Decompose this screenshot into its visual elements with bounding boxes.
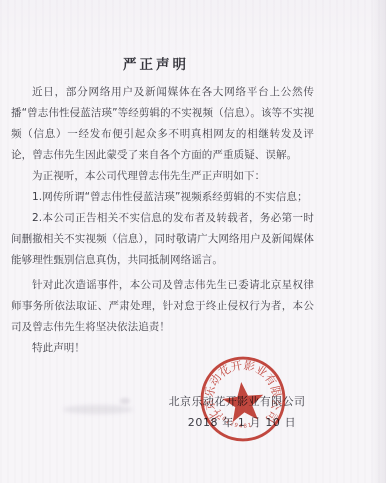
scanned-statement-page: 严正声明 近日，部分网络用户及新闻媒体在各大网络平台上公然传播“曾志伟性侵蓝洁瑛… xyxy=(0,0,386,483)
statement-paragraph: 1.网传所谓“曾志伟性侵蓝洁瑛”视频系经剪辑的不实信息； xyxy=(11,187,314,208)
statement-paragraph: 为正视听，本公司代理曾志伟先生严正声明如下： xyxy=(11,166,314,187)
statement-paragraph: 2.本公司正告相关不实信息的发布者及转载者，务必第一时间删撤相关不实视频（信息）… xyxy=(11,208,314,271)
statement-paragraph: 近日，部分网络用户及新闻媒体在各大网络平台上公然传播“曾志伟性侵蓝洁瑛”等经剪辑… xyxy=(11,82,314,166)
company-seal-stamp: 北京乐动花开影业有限公司 1101294814 xyxy=(194,350,293,449)
statement-paragraph: 针对此次造谣事件，本公司及曾志伟先生已委请北京星权律师事务所依法取证、严肃处理，… xyxy=(11,275,314,338)
statement-body: 近日，部分网络用户及新闻媒体在各大网络平台上公然传播“曾志伟性侵蓝洁瑛”等经剪辑… xyxy=(11,82,314,359)
star-icon xyxy=(221,380,266,423)
scan-smudge xyxy=(63,405,133,414)
scan-smudge xyxy=(120,398,130,404)
statement-title: 严正声明 xyxy=(5,53,307,73)
